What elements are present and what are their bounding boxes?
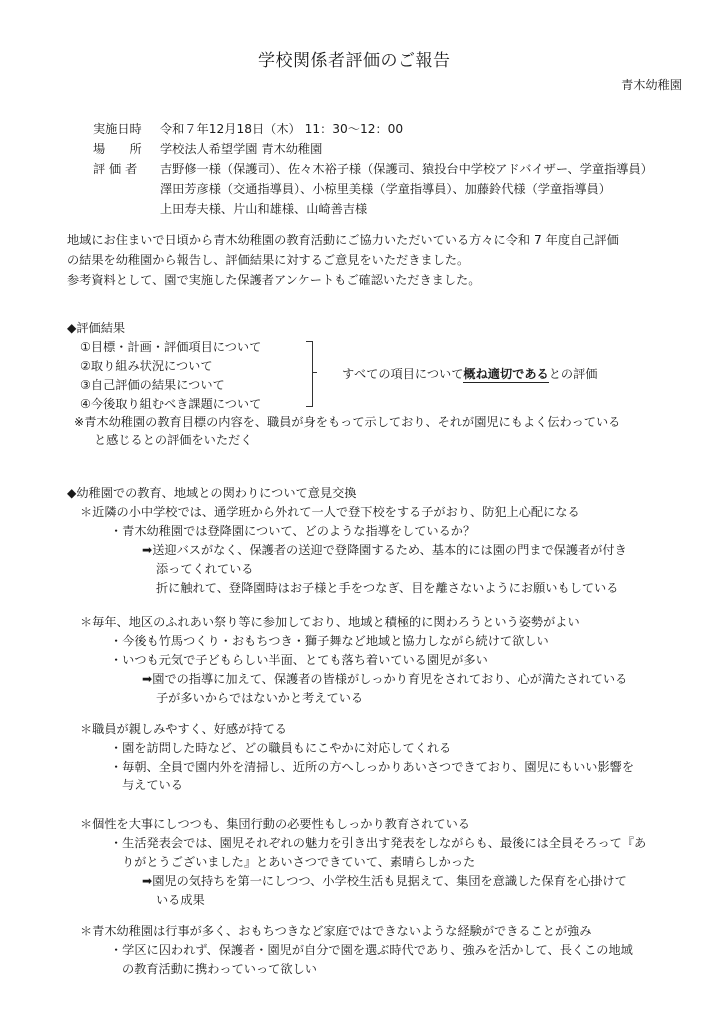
bracket-decoration <box>306 341 313 407</box>
evaluation-summary: すべての項目について概ね適切であるとの評価 <box>342 366 597 383</box>
exchange-line: 添ってくれている <box>156 561 254 578</box>
exchange-line: ➡送迎バスがなく、保護者の送迎で登降園するため、基本的には園の門まで保護者が付き <box>142 542 627 559</box>
place-label: 場 所 <box>93 141 149 158</box>
summary-suffix: との評価 <box>549 367 598 381</box>
exchange-line: ➡園児の気持ちを第一にしつつ、小学校生活も見据えて、集団を意識した保育を心掛けて <box>142 873 627 890</box>
evaluators-line-2: 澤田芳彦様（交通指導員）、小椋里美様（学童指導員）、加藤鈴代様（学童指導員） <box>160 181 611 198</box>
exchange-line: ➡園での指導に加えて、保護者の皆様がしっかり育児をされており、心が満たされている <box>142 671 627 688</box>
exchange-line: 折に触れて、登降園時はお子様と手をつなぎ、目を離さないようにお願いもしている <box>156 580 618 597</box>
evaluators-line-1: 吉野修一様（保護司）、佐々木裕子様（保護司、猿投台中学校アドバイザー、学童指導員… <box>160 161 653 178</box>
evaluation-note-line-2: と感じるとの評価をいただく <box>94 432 252 449</box>
page-title: 学校関係者評価のご報告 <box>258 50 451 72</box>
exchange-line: の教育活動に携わっていって欲しい <box>122 961 317 978</box>
exchange-line: ・いつも元気で子どもらしい半面、とても落ち着いている園児が多い <box>110 652 488 669</box>
intro-line-3: 参考資料として、園で実施した保護者アンケートもご確認いただきました。 <box>67 272 480 289</box>
exchange-line: ・今後も竹馬つくり・おもちつき・獅子舞など地域と協力しながら続けて欲しい <box>110 633 549 650</box>
place-label-text: 場 所 <box>93 142 142 156</box>
evaluators-line-3: 上田寿夫様、片山和雄様、山崎善吉様 <box>160 201 367 218</box>
exchange-line: ＊職員が親しみやすく、好感が持てる <box>80 721 287 738</box>
evaluation-item-3: ③自己評価の結果について <box>80 377 225 394</box>
evaluation-item-1: ①目標・計画・評価項目について <box>80 339 261 356</box>
exchange-line: ＊近隣の小中学校では、通学班から外れて一人で登下校をする子がおり、防犯上心配にな… <box>80 504 580 521</box>
date-value: 令和７年12月18日（木） 11：30～12：00 <box>160 121 403 138</box>
date-label: 実施日時 <box>93 121 142 138</box>
exchange-line: 与えている <box>122 777 183 794</box>
evaluation-note-line-1: ※青木幼稚園の教育目標の内容を、職員が身をもって示しており、それが園児にもよく伝… <box>74 414 620 431</box>
bracket-tick-decoration <box>312 372 317 373</box>
evaluators-label: 評 価 者 <box>93 161 137 178</box>
exchange-line: ＊毎年、地区のふれあい祭り等に参加しており、地域と積極的に関わろうという姿勢がよ… <box>80 614 580 631</box>
exchange-line: ＊個性を大事にしつつも、集団行動の必要性もしっかり教育されている <box>80 816 470 833</box>
evaluation-item-2: ②取り組み状況について <box>80 358 213 375</box>
exchange-line: ・園を訪問した時など、どの職員もにこやかに対応してくれる <box>110 740 451 757</box>
organization-name: 青木幼稚園 <box>621 77 682 94</box>
evaluation-item-4: ④今後取り組むべき課題について <box>80 396 261 413</box>
summary-emphasis: 概ね適切である <box>463 367 548 383</box>
intro-line-2: の結果を幼稚園から報告し、評価結果に対するご意見をいただきました。 <box>67 252 469 269</box>
exchange-line: ・毎朝、全員で園内外を清掃し、近所の方へしっかりあいさつできており、園児にもいい… <box>110 759 634 776</box>
evaluation-heading: ◆評価結果 <box>67 320 125 337</box>
exchange-line: 子が多いからではないかと考えている <box>156 690 363 707</box>
place-value: 学校法人希望学園 青木幼稚園 <box>160 141 322 158</box>
intro-line-1: 地域にお住まいで日頃から青木幼稚園の教育活動にご協力いただいている方々に令和 7… <box>67 232 619 249</box>
summary-prefix: すべての項目について <box>342 367 463 381</box>
exchange-line: りがとうございました』とあいさつできていて、素晴らしかった <box>122 854 475 871</box>
exchange-line: ・青木幼稚園では登降園について、どのような指導をしているか？ <box>110 523 475 540</box>
exchange-line: いる成果 <box>156 892 205 909</box>
exchange-line: ・学区に囚われず、保護者・園児が自分で園を選ぶ時代であり、強みを活かして、長くこ… <box>110 942 633 959</box>
exchange-heading: ◆幼稚園での教育、地域との関わりについて意見交換 <box>67 485 356 502</box>
exchange-line: ＊青木幼稚園は行事が多く、おもちつきなど家庭ではできないような経験ができることが… <box>80 923 592 940</box>
exchange-line: ・生活発表会では、園児それぞれの魅力を引き出す発表をしながらも、最後には全員そろ… <box>110 835 646 852</box>
